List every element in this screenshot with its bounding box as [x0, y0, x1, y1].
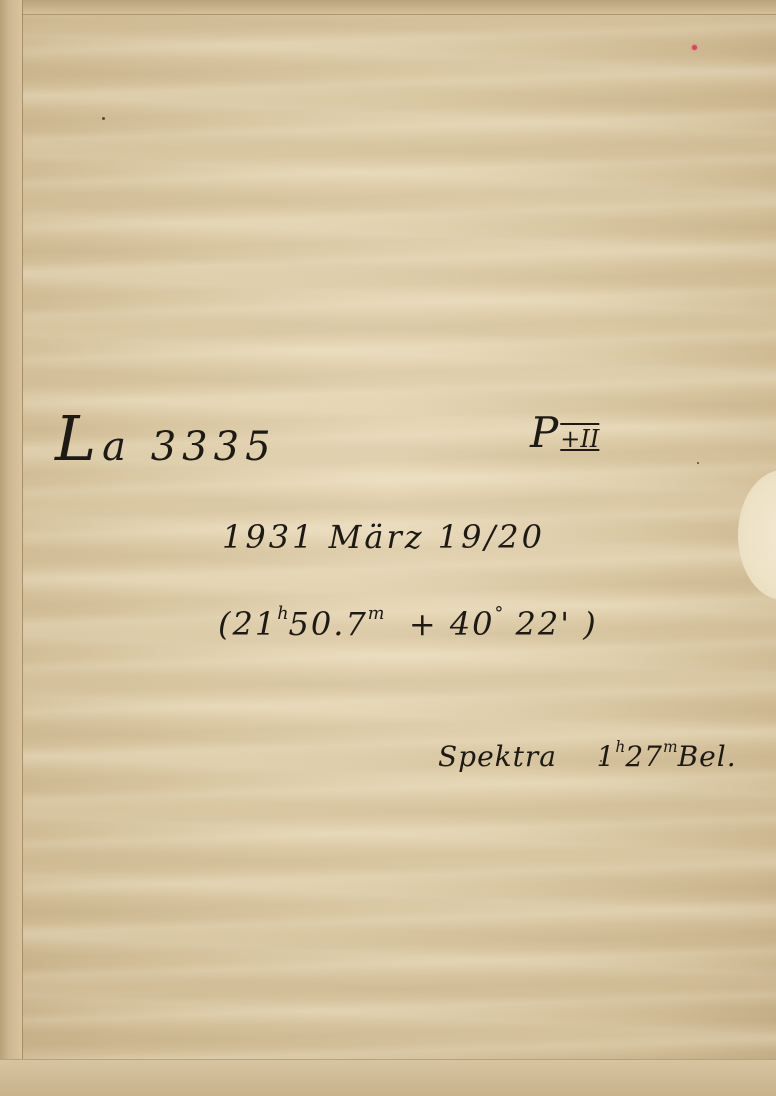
left-edge: [0, 0, 23, 1096]
declination-degrees: + 40: [409, 605, 495, 643]
paper-speck: [697, 462, 699, 464]
date-days: 19/20: [438, 518, 545, 556]
exposure-minutes-unit: m: [663, 738, 678, 756]
paper-speck: [102, 117, 105, 120]
declination-minutes: 22': [516, 605, 572, 643]
observer-initials: Bel.: [678, 740, 737, 773]
plate-type-main: P: [530, 408, 560, 457]
exposure-note: Spektra 1h27mBel.: [438, 738, 737, 773]
paren-close: ): [583, 605, 597, 643]
thumb-cutout: [738, 470, 776, 600]
red-ink-mark: [692, 45, 697, 50]
plate-type: P+II: [530, 408, 599, 457]
date-year: 1931: [222, 518, 315, 556]
exposure-label: Spektra: [438, 740, 557, 773]
paren-open: (: [218, 605, 232, 643]
sky-coordinates: (21h50.7m + 40° 22' ): [218, 604, 598, 643]
exposure-hours-unit: h: [615, 738, 625, 756]
ra-minutes-unit: m: [368, 604, 385, 624]
catalog-prefix: L: [55, 402, 102, 475]
plate-envelope: La 3335 P+II 1931 März 19/20 (21h50.7m +…: [0, 0, 776, 1096]
exposure-minutes: 27: [625, 740, 663, 773]
ra-hours: 21: [232, 605, 277, 643]
observation-date: 1931 März 19/20: [222, 518, 545, 556]
plate-type-sub: +II: [560, 425, 599, 453]
dec-degree-unit: °: [495, 604, 504, 624]
bottom-edge: [0, 1059, 776, 1096]
ra-minutes: 50.7: [289, 605, 368, 643]
catalog-suffix: a 3335: [102, 424, 276, 470]
ra-hours-unit: h: [277, 604, 288, 624]
catalog-number: La 3335: [55, 402, 277, 475]
exposure-hours: 1: [597, 740, 616, 773]
date-month: März: [329, 518, 425, 556]
top-edge: [0, 0, 776, 15]
